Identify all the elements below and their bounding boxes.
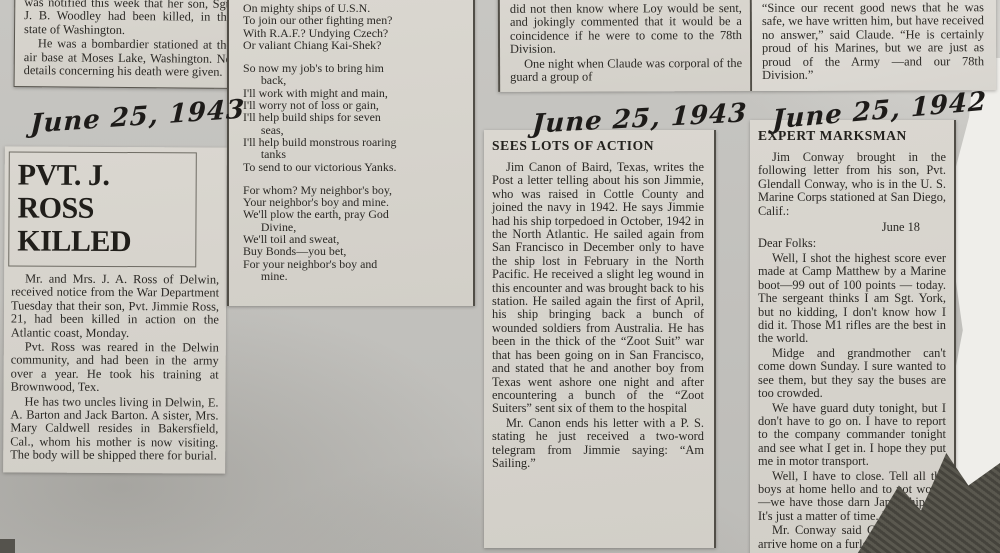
article-paragraph: Midge and grandmother can't come down Su… [758,347,946,401]
poem-line: To send to our victorious Yanks. [243,161,461,173]
poem-line: tanks [243,148,461,160]
article-paragraph: He was a bombardier stationed at the air… [24,37,232,79]
article-paragraph: We have guard duty tonight, but I don't … [758,402,946,469]
letter-salutation: Dear Folks: [758,236,946,250]
article-paragraph: was notified this week that her son, Sgt… [24,0,232,38]
poem-line: To join our other fighting men? [243,14,461,26]
clipping-marksman: EXPERT MARKSMAN Jim Conway brought in th… [750,120,956,553]
poem-stanza: On mighty ships of U.S.N. To join our ot… [243,2,461,51]
clipping-action: SEES LOTS OF ACTION Jim Canon of Baird, … [484,130,716,548]
clipping-woodley: was notified this week that her son, Sgt… [14,0,243,89]
poem-line: mine. [243,270,461,282]
article-paragraph: Pvt. Ross was reared in the Delwin commu… [11,340,219,395]
poem-stanza: So now my job's to bring him back, I'll … [243,62,461,173]
poem-line: I'll help build ships for seven [243,111,461,123]
article-paragraph: He has two uncles living in Delwin, E. A… [10,395,218,463]
poem-line: Buy Bonds—you bet, [243,245,461,257]
article-paragraph: did not then know where Loy would be sen… [510,2,742,56]
article-paragraph: One night when Claude was corporal of th… [510,57,742,85]
scrapbook-page: was notified this week that her son, Sgt… [0,0,1000,553]
poem-line: back, [243,74,461,86]
guard-story-right-column: “Since our recent good news that he was … [752,0,996,91]
clipping-guard-story: did not then know where Loy would be sen… [498,0,996,92]
poem-line: Or valiant Chiang Kai-Shek? [243,39,461,51]
poem-stanza: For whom? My neighbor's boy, Your neighb… [243,184,461,282]
ross-headline: PVT. J. ROSS KILLED [17,158,190,258]
article-paragraph: Mr. and Mrs. J. A. Ross of Delwin, recei… [11,272,219,340]
scan-corner-mark [0,539,15,553]
letter-dateline: June 18 [758,220,946,234]
poem-line: We'll plow the earth, pray God [243,208,461,220]
clipping-ross: PVT. J. ROSS KILLED Mr. and Mrs. J. A. R… [3,146,227,473]
handwritten-date-left: June 25, 1943 [30,94,246,139]
clipping-poem: On mighty ships of U.S.N. To join our ot… [227,0,475,306]
article-paragraph: “Since our recent good news that he was … [762,1,984,82]
article-paragraph: Mr. Canon ends his letter with a P. S. s… [492,417,704,471]
ross-headline-box: PVT. J. ROSS KILLED [8,151,197,267]
article-paragraph: Jim Canon of Baird, Texas, writes the Po… [492,161,704,416]
action-heading: SEES LOTS OF ACTION [492,138,704,154]
article-paragraph: Jim Conway brought in the following lett… [758,151,946,218]
guard-story-left-column: did not then know where Loy would be sen… [498,0,752,92]
article-paragraph: Well, I shot the highest score ever made… [758,252,946,346]
